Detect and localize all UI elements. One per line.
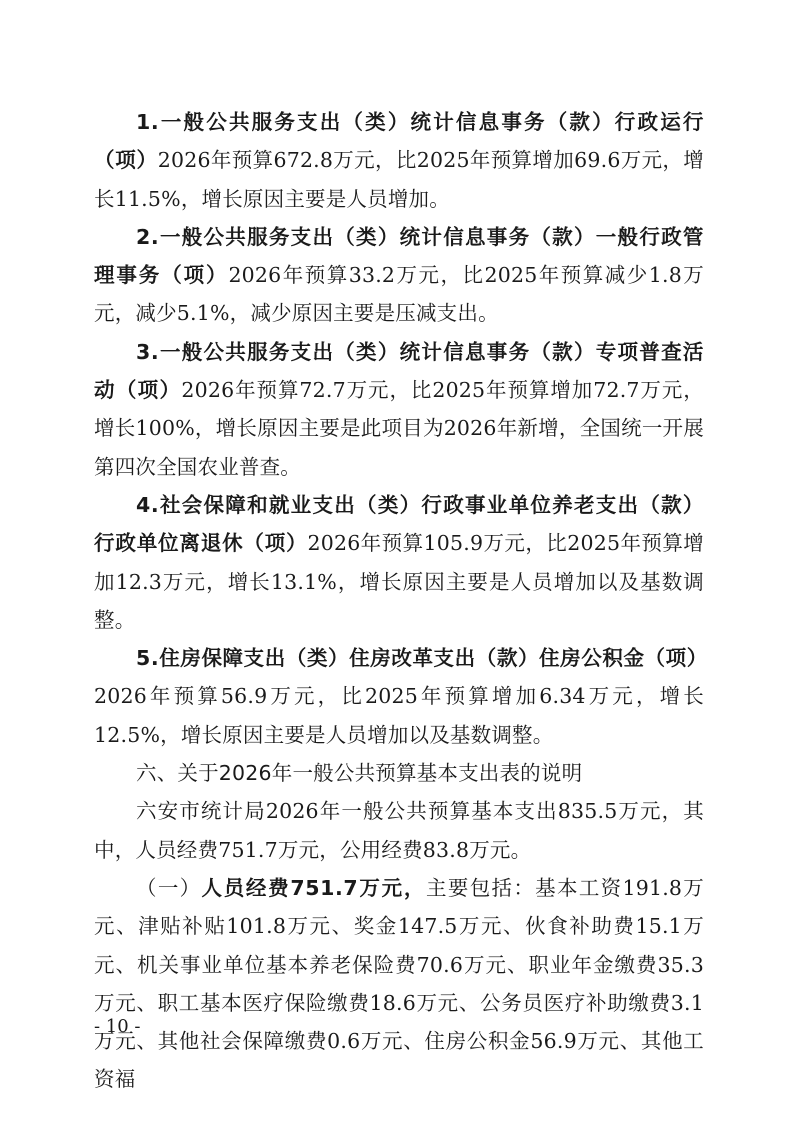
personnel-body: 主要包括：基本工资191.8万元、津贴补贴101.8万元、奖金147.5万元、伙…: [94, 876, 704, 1091]
personnel-title: 人员经费751.7万元，: [201, 876, 426, 900]
budget-item-1: 1.一般公共服务支出（类）统计信息事务（款）行政运行（项）2026年预算672.…: [94, 103, 704, 218]
personnel-prefix: （一）: [136, 876, 201, 900]
budget-item-1-body: 2026年预算672.8万元，比2025年预算增加69.6万元，增长11.5%，…: [94, 148, 704, 210]
budget-item-3: 3.一般公共服务支出（类）统计信息事务（款）专项普查活动（项）2026年预算72…: [94, 333, 704, 486]
section-6-heading: 六、关于2026年一般公共预算基本支出表的说明: [94, 754, 704, 792]
budget-item-5-title: 5.住房保障支出（类）住房改革支出（款）住房公积金（项）: [136, 646, 708, 670]
personnel-expense-paragraph: （一）人员经费751.7万元，主要包括：基本工资191.8万元、津贴补贴101.…: [94, 869, 704, 1099]
budget-item-3-body: 2026年预算72.7万元，比2025年预算增加72.7万元，增长100%，增长…: [94, 378, 704, 479]
section-6-summary: 六安市统计局2026年一般公共预算基本支出835.5万元，其中，人员经费751.…: [94, 792, 704, 869]
budget-item-4: 4.社会保障和就业支出（类）行政事业单位养老支出（款）行政单位离退休（项）202…: [94, 486, 704, 639]
budget-item-5-body: 2026年预算56.9万元，比2025年预算增加6.34万元，增长12.5%，增…: [94, 684, 704, 746]
budget-item-2: 2.一般公共服务支出（类）统计信息事务（款）一般行政管理事务（项）2026年预算…: [94, 218, 704, 333]
budget-item-5: 5.住房保障支出（类）住房改革支出（款）住房公积金（项）2026年预算56.9万…: [94, 639, 704, 754]
document-page: 1.一般公共服务支出（类）统计信息事务（款）行政运行（项）2026年预算672.…: [94, 103, 704, 1099]
page-number: - 10 -: [94, 1016, 141, 1037]
